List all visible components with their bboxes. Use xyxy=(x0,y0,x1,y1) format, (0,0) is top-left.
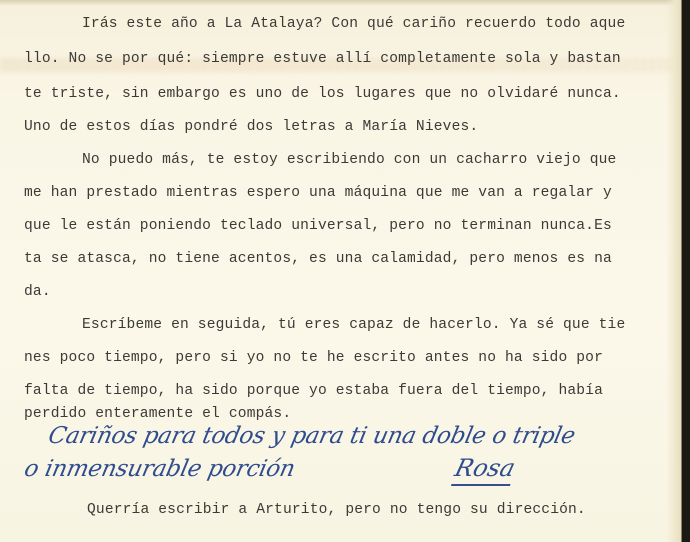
handwritten-note-line: Cariños para todos y para ti una doble o… xyxy=(46,423,577,449)
letter-line: que le están poniendo teclado universal,… xyxy=(24,219,612,234)
letter-line: Irás este año a La Atalaya? Con qué cari… xyxy=(82,17,625,32)
scan-edge xyxy=(681,0,690,542)
letter-line: da. xyxy=(24,285,51,300)
letter-line: Escríbeme en seguida, tú eres capaz de h… xyxy=(82,318,625,333)
signature: Rosa xyxy=(451,454,518,486)
letter-line: me han prestado mientras espero una máqu… xyxy=(24,186,612,201)
letter-line: Uno de estos días pondré dos letras a Ma… xyxy=(24,120,478,135)
handwritten-note-line: o inmensurable porción xyxy=(22,456,297,482)
postscript-line: Querría escribir a Arturito, pero no ten… xyxy=(87,503,586,518)
letter-line: falta de tiempo, ha sido porque yo estab… xyxy=(24,384,603,399)
letter-page: Irás este año a La Atalaya? Con qué cari… xyxy=(0,0,682,542)
letter-line: nes poco tiempo, pero si yo no te he esc… xyxy=(24,351,603,366)
letter-line: te triste, sin embargo es uno de los lug… xyxy=(24,87,621,102)
letter-line: llo. No se por qué: siempre estuve allí … xyxy=(24,52,621,67)
letter-line: ta se atasca, no tiene acentos, es una c… xyxy=(24,252,612,267)
letter-line: No puedo más, te estoy escribiendo con u… xyxy=(82,153,616,168)
letter-line: perdido enteramente el compás. xyxy=(24,407,291,422)
